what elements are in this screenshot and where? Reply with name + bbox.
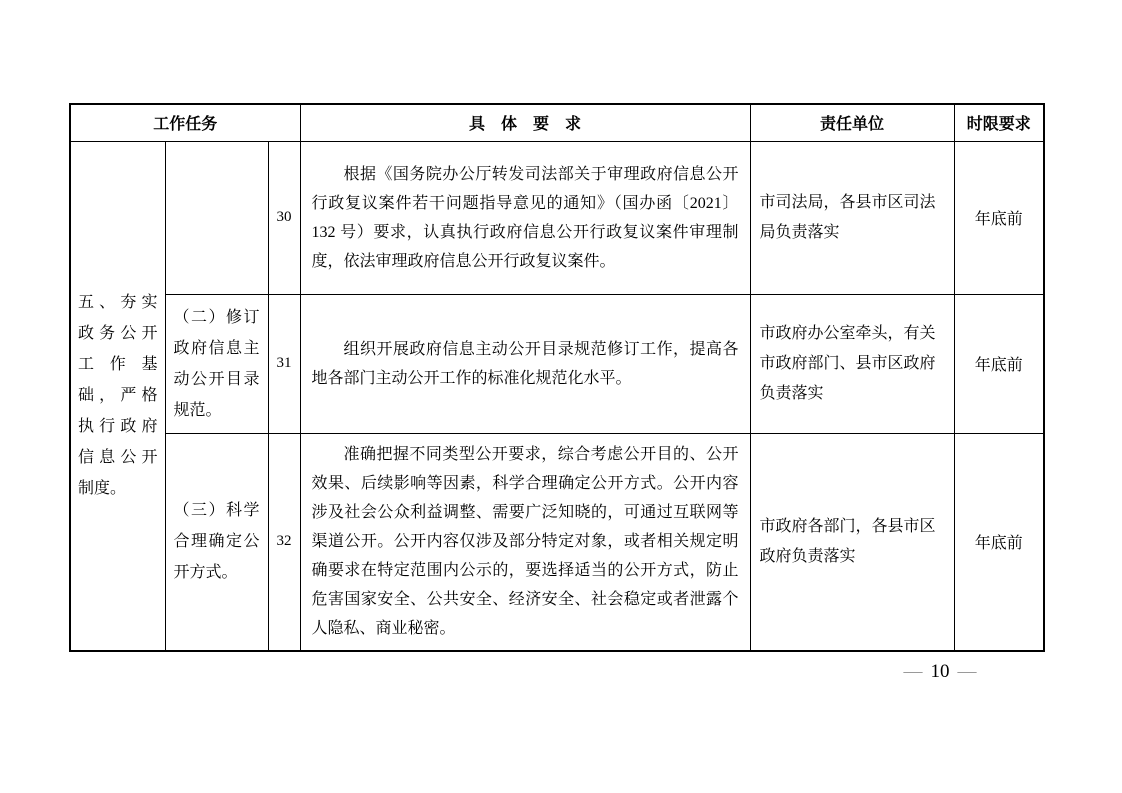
row-number-cell: 30 xyxy=(268,141,300,294)
row-number-cell: 31 xyxy=(268,294,300,433)
section-cell: 五、夯实政务公开工作基础，严格执行政府信息公开制度。 xyxy=(70,141,165,651)
page-number-right-dash: — xyxy=(950,661,985,682)
unit-cell: 市政府办公室牵头，有关市政府部门、县市区政府负责落实 xyxy=(750,294,954,433)
requirement-cell: 组织开展政府信息主动公开目录规范修订工作，提高各地各部门主动公开工作的标准化规范… xyxy=(300,294,750,433)
requirement-text: 准确把握不同类型公开要求，综合考虑公开目的、公开效果、后续影响等因素，科学合理确… xyxy=(312,440,739,643)
table-row: （三）科学合理确定公开方式。 32 准确把握不同类型公开要求，综合考虑公开目的、… xyxy=(70,433,1044,651)
task-cell: （三）科学合理确定公开方式。 xyxy=(165,433,268,651)
document-page: 工作任务 具 体 要 求 责任单位 时限要求 五、夯实政务公开工作基础，严格执行… xyxy=(0,0,1122,793)
header-cell-unit: 责任单位 xyxy=(750,104,954,141)
deadline-cell: 年底前 xyxy=(954,433,1044,651)
header-row: 工作任务 具 体 要 求 责任单位 时限要求 xyxy=(70,104,1044,141)
page-number: —10— xyxy=(869,661,1011,683)
requirement-cell: 准确把握不同类型公开要求，综合考虑公开目的、公开效果、后续影响等因素，科学合理确… xyxy=(300,433,750,651)
task-cell: （二）修订政府信息主动公开目录规范。 xyxy=(165,294,268,433)
requirement-text: 组织开展政府信息主动公开目录规范修订工作，提高各地各部门主动公开工作的标准化规范… xyxy=(312,335,739,393)
requirement-text: 根据《国务院办公厅转发司法部关于审理政府信息公开行政复议案件若干问题指导意见的通… xyxy=(312,160,739,276)
requirement-cell: 根据《国务院办公厅转发司法部关于审理政府信息公开行政复议案件若干问题指导意见的通… xyxy=(300,141,750,294)
deadline-cell: 年底前 xyxy=(954,141,1044,294)
header-cell-task: 工作任务 xyxy=(70,104,300,141)
unit-cell: 市政府各部门，各县市区政府负责落实 xyxy=(750,433,954,651)
unit-cell: 市司法局，各县市区司法局负责落实 xyxy=(750,141,954,294)
header-cell-deadline: 时限要求 xyxy=(954,104,1044,141)
work-task-table: 工作任务 具 体 要 求 责任单位 时限要求 五、夯实政务公开工作基础，严格执行… xyxy=(69,103,1045,652)
header-cell-requirement: 具 体 要 求 xyxy=(300,104,750,141)
page-number-left-dash: — xyxy=(896,661,931,682)
page-number-value: 10 xyxy=(931,661,950,682)
row-number-cell: 32 xyxy=(268,433,300,651)
task-cell xyxy=(165,141,268,294)
table-row: 五、夯实政务公开工作基础，严格执行政府信息公开制度。 30 根据《国务院办公厅转… xyxy=(70,141,1044,294)
table-row: （二）修订政府信息主动公开目录规范。 31 组织开展政府信息主动公开目录规范修订… xyxy=(70,294,1044,433)
deadline-cell: 年底前 xyxy=(954,294,1044,433)
